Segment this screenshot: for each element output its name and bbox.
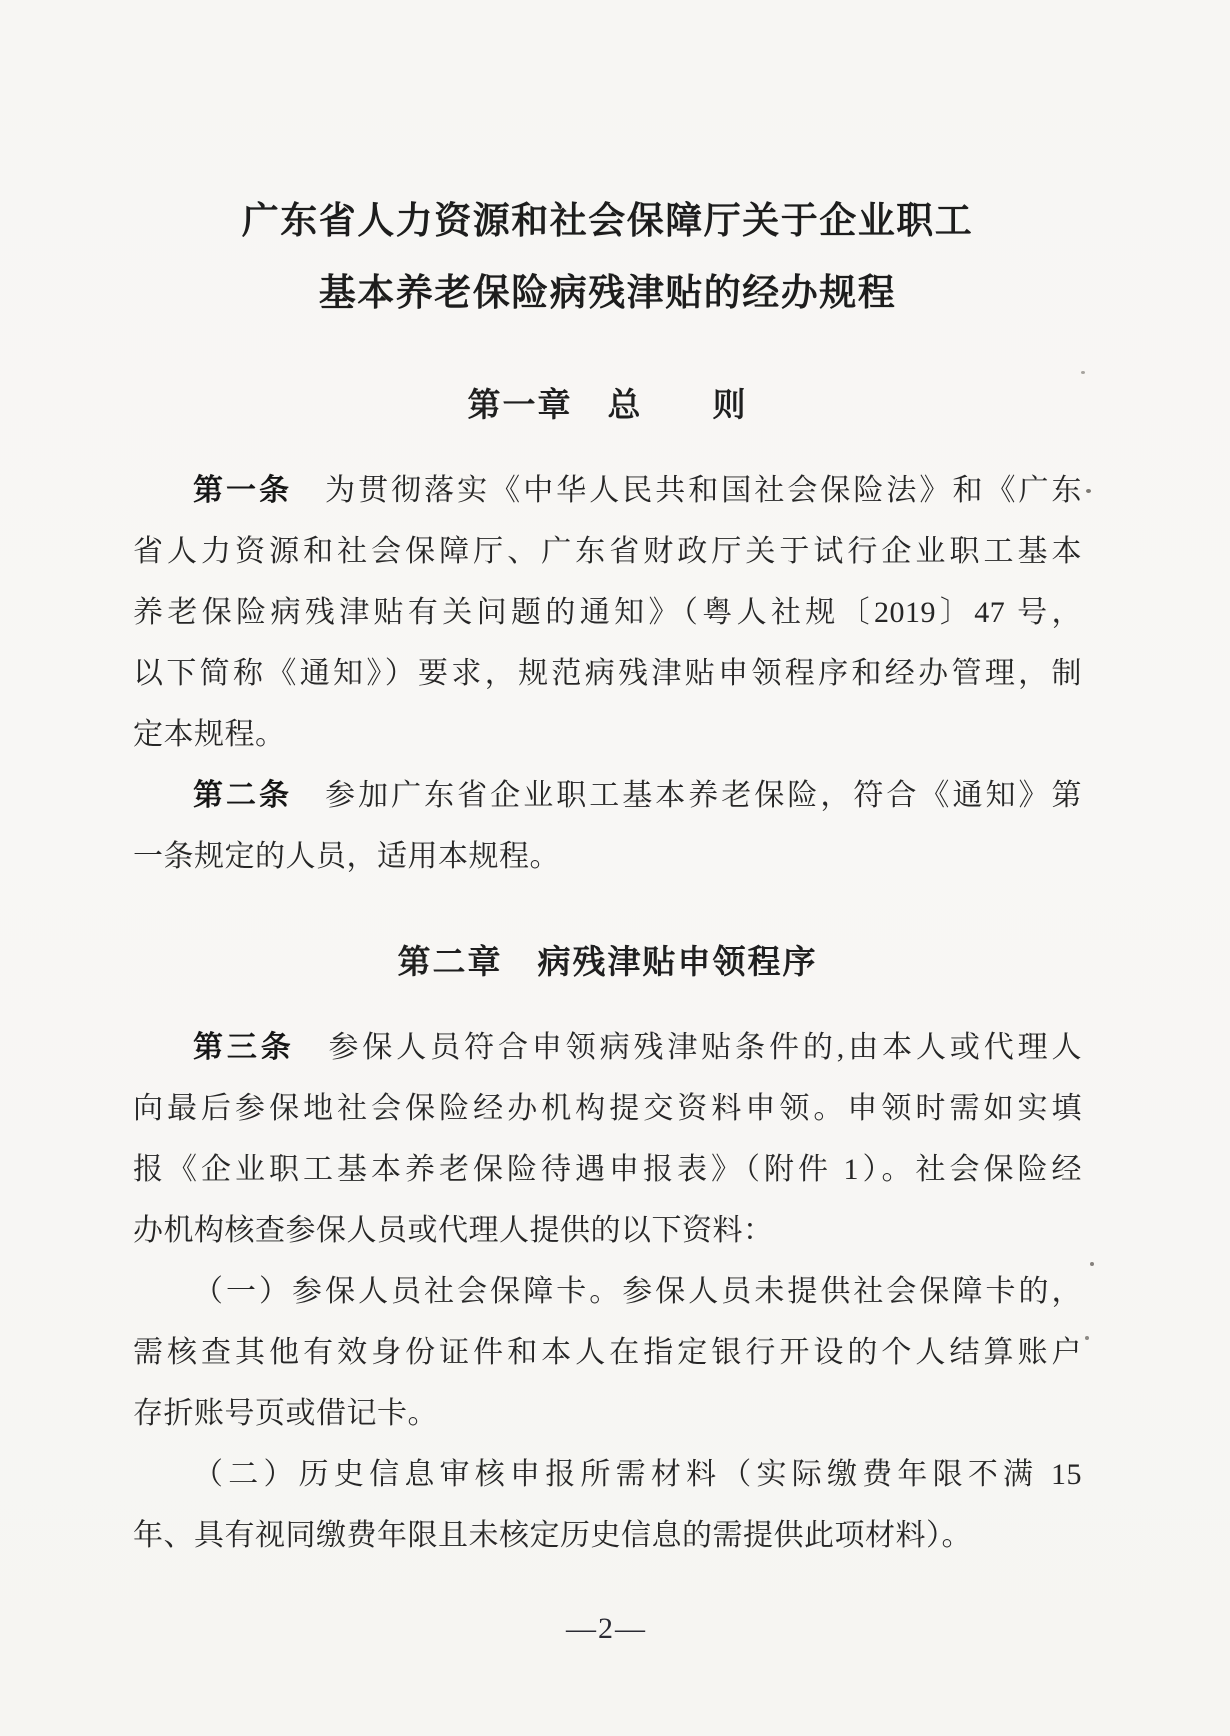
- text-line: （一）参保人员社会保障卡。参保人员未提供社会保障卡的，: [133, 1261, 1082, 1322]
- text-line: 年、具有视同缴费年限且未核定历史信息的需提供此项材料）。: [133, 1505, 1082, 1566]
- document-title: 广东省人力资源和社会保障厅关于企业职工 基本养老保险病残津贴的经办规程: [133, 186, 1082, 330]
- document-title-line-1: 广东省人力资源和社会保障厅关于企业职工: [133, 186, 1082, 258]
- article-number-label: 第三条: [193, 1031, 295, 1064]
- text-line: 第二条 参加广东省企业职工基本养老保险，符合《通知》第: [133, 765, 1082, 826]
- text-line: 存折账号页或借记卡。: [133, 1383, 1082, 1444]
- scan-artifact-dot: [1085, 1336, 1089, 1340]
- text-line: 办机构核查参保人员或代理人提供的以下资料：: [133, 1200, 1082, 1261]
- document-body: 第一章 总 则第一条 为贯彻落实《中华人民共和国社会保险法》和《广东省人力资源和…: [133, 384, 1082, 1566]
- paragraph: 第三条 参保人员符合申领病残津贴条件的,由本人或代理人向最后参保地社会保险经办机…: [133, 1017, 1082, 1261]
- scan-artifact-dot: [1086, 489, 1091, 493]
- paragraph: 第一条 为贯彻落实《中华人民共和国社会保险法》和《广东省人力资源和社会保障厅、广…: [133, 460, 1082, 765]
- text-line: 以下简称《通知》）要求，规范病残津贴申领程序和经办管理，制: [133, 643, 1082, 704]
- paragraph: 第二条 参加广东省企业职工基本养老保险，符合《通知》第一条规定的人员，适用本规程…: [133, 765, 1082, 887]
- document-title-line-2: 基本养老保险病残津贴的经办规程: [133, 258, 1082, 330]
- scan-artifact-dot: [1090, 1262, 1094, 1266]
- chapter-heading: 第一章 总 则: [133, 384, 1082, 426]
- chapter-heading: 第二章 病残津贴申领程序: [133, 941, 1082, 983]
- text-line: 第一条 为贯彻落实《中华人民共和国社会保险法》和《广东: [133, 460, 1082, 521]
- article-number-label: 第二条: [193, 779, 292, 812]
- text-line: 报《企业职工基本养老保险待遇申报表》（附件 1）。社会保险经: [133, 1139, 1082, 1200]
- text-line: 养老保险病残津贴有关问题的通知》（粤人社规〔2019〕47 号，: [133, 582, 1082, 643]
- text-line: 向最后参保地社会保险经办机构提交资料申领。申领时需如实填: [133, 1078, 1082, 1139]
- text-line: 第三条 参保人员符合申领病残津贴条件的,由本人或代理人: [133, 1017, 1082, 1078]
- text-line: （二）历史信息审核申报所需材料（实际缴费年限不满 15: [133, 1444, 1082, 1505]
- text-line: 需核查其他有效身份证件和本人在指定银行开设的个人结算账户: [133, 1322, 1082, 1383]
- text-line: 定本规程。: [133, 704, 1082, 765]
- paragraph: （二）历史信息审核申报所需材料（实际缴费年限不满 15年、具有视同缴费年限且未核…: [133, 1444, 1082, 1566]
- text-line: 省人力资源和社会保障厅、广东省财政厅关于试行企业职工基本: [133, 521, 1082, 582]
- page-number: —2—: [133, 1612, 1080, 1646]
- article-number-label: 第一条: [193, 474, 292, 507]
- scan-artifact-dot: [1081, 371, 1085, 374]
- text-line: 一条规定的人员，适用本规程。: [133, 826, 1082, 887]
- document-page: 广东省人力资源和社会保障厅关于企业职工 基本养老保险病残津贴的经办规程 第一章 …: [0, 0, 1230, 1736]
- paragraph: （一）参保人员社会保障卡。参保人员未提供社会保障卡的，需核查其他有效身份证件和本…: [133, 1261, 1082, 1444]
